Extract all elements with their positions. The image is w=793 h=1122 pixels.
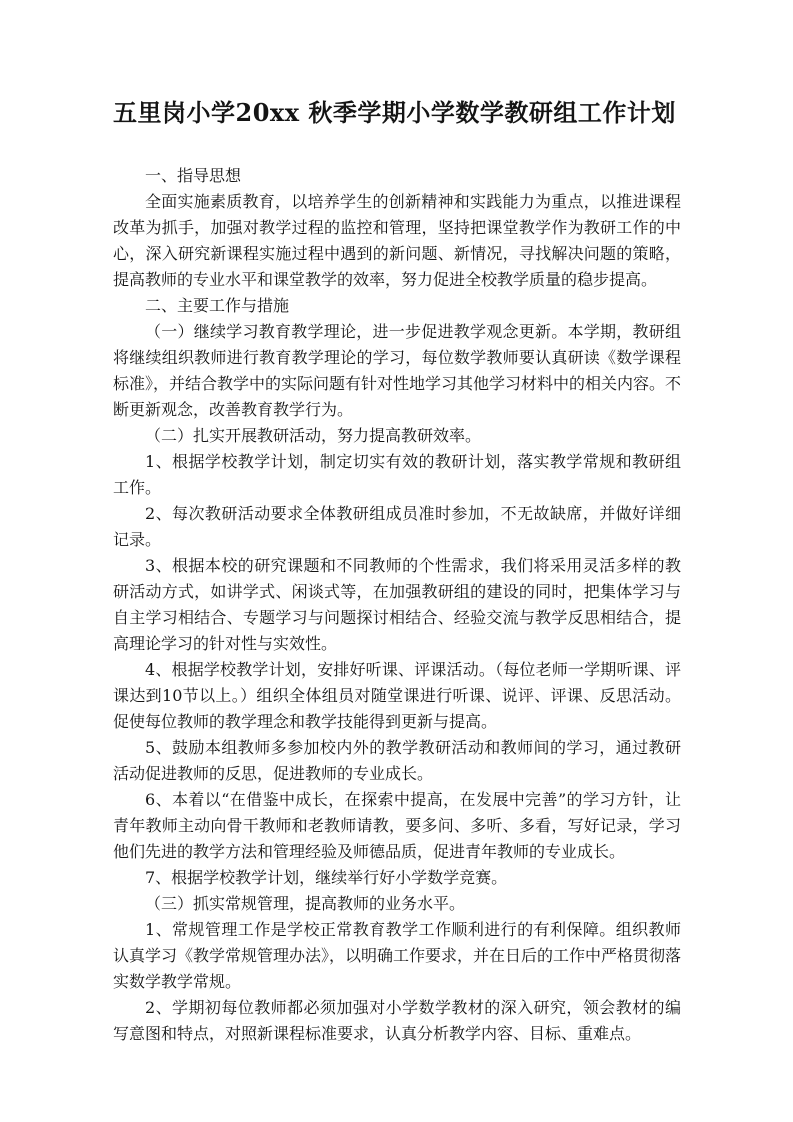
section-heading: 二、主要工作与措施 bbox=[113, 293, 681, 319]
paragraph: 5、鼓励本组教师多参加校内外的教学教研活动和教师间的学习，通过教研活动促进教师的… bbox=[113, 735, 681, 787]
paragraph: 2、每次教研活动要求全体教研组成员准时参加，不无故缺席，并做好详细记录。 bbox=[113, 501, 681, 553]
paragraph: 3、根据本校的研究课题和不同教师的个性需求，我们将采用灵活多样的教研活动方式，如… bbox=[113, 553, 681, 657]
paragraph: 全面实施素质教育，以培养学生的创新精神和实践能力为重点，以推进课程改革为抓手，加… bbox=[113, 189, 681, 293]
paragraph: 1、常规管理工作是学校正常教育教学工作顺利进行的有利保障。组织教师认真学习《教学… bbox=[113, 917, 681, 995]
document-page: 五里岗小学20xx 秋季学期小学数学教研组工作计划 一、指导思想 全面实施素质教… bbox=[0, 0, 793, 1122]
paragraph: 6、本着以“在借鉴中成长，在探索中提高，在发展中完善”的学习方针，让青年教师主动… bbox=[113, 787, 681, 865]
paragraph: 2、学期初每位教师都必须加强对小学数学教材的深入研究，领会教材的编写意图和特点，… bbox=[113, 995, 681, 1047]
document-title: 五里岗小学20xx 秋季学期小学数学教研组工作计划 bbox=[113, 96, 681, 130]
paragraph: 4、根据学校教学计划，安排好听课、评课活动。（每位老师一学期听课、评课达到10节… bbox=[113, 657, 681, 735]
subsection-heading: （三）抓实常规管理，提高教师的业务水平。 bbox=[113, 891, 681, 917]
document-body: 一、指导思想 全面实施素质教育，以培养学生的创新精神和实践能力为重点，以推进课程… bbox=[113, 163, 681, 1047]
paragraph: 7、根据学校教学计划，继续举行好小学数学竞赛。 bbox=[113, 865, 681, 891]
paragraph: （一）继续学习教育教学理论，进一步促进教学观念更新。本学期，教研组将继续组织教师… bbox=[113, 319, 681, 423]
paragraph: 1、根据学校教学计划，制定切实有效的教研计划，落实教学常规和教研组工作。 bbox=[113, 449, 681, 501]
section-heading: 一、指导思想 bbox=[113, 163, 681, 189]
subsection-heading: （二）扎实开展教研活动，努力提高教研效率。 bbox=[113, 423, 681, 449]
